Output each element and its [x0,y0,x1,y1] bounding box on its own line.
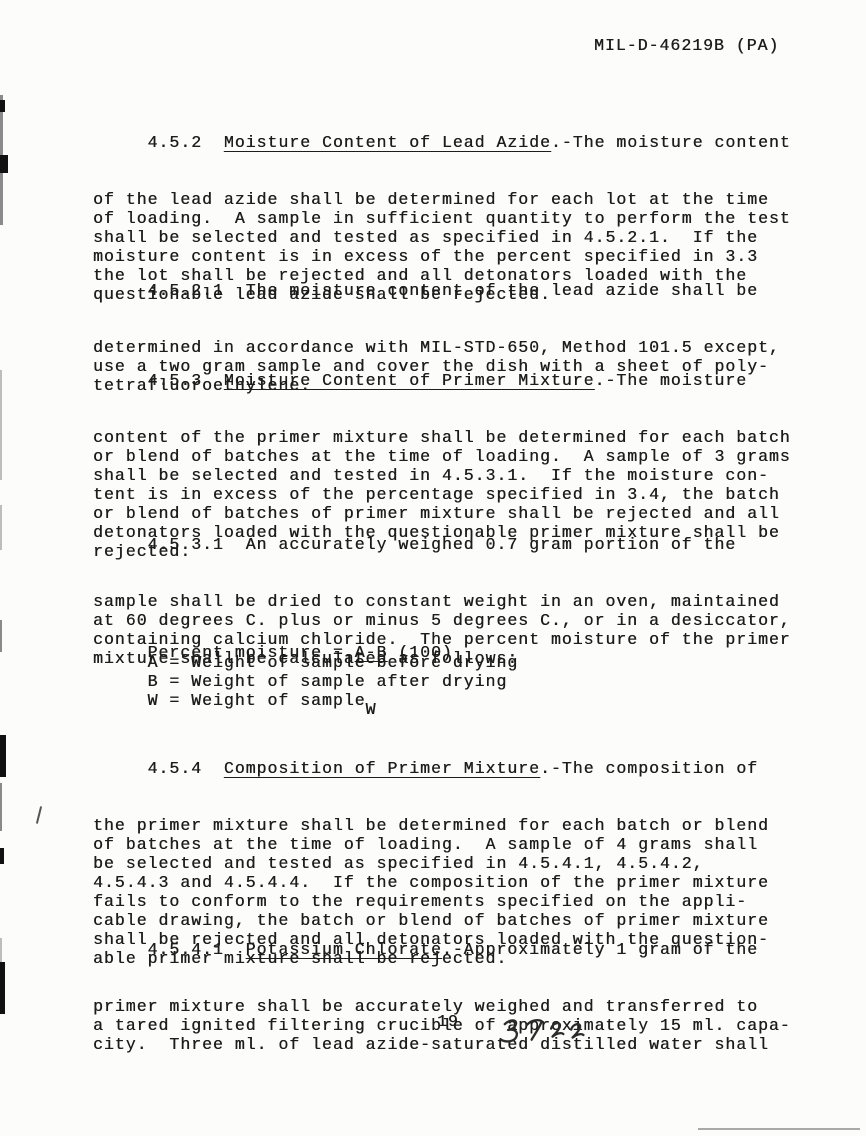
section-number: 4.5.4 [93,759,224,778]
scan-artifact [0,783,2,831]
section-number: 4.5.4.1 [93,940,246,959]
handwritten-digit-2 [571,1024,584,1038]
section-heading: Moisture Content of Primer Mixture [224,371,595,390]
scan-artifact [0,848,4,864]
section-heading: Composition of Primer Mixture [224,759,540,778]
section-heading-tail: .-The composition of [540,759,758,778]
page-number: 19 [437,1012,459,1031]
section-number: 4.5.3.1 An accurately weighed 0.7 gram p… [93,535,736,554]
section-number: 4.5.3 [93,371,224,390]
scan-artifact [0,735,6,777]
handwritten-mark-3722 [494,1002,596,1052]
scan-edge-line [698,1128,860,1130]
handwritten-digit-7 [527,1020,543,1040]
document-id-header: MIL-D-46219B (PA) [594,36,779,55]
section-first-line: 4.5.4.1 Potassium Chlorate.-Approximatel… [93,940,791,959]
scan-artifact [0,505,2,550]
section-heading-tail: .-The moisture content [551,133,791,152]
section-heading-tail: .-The moisture [594,371,747,390]
section-first-line: 4.5.3 Moisture Content of Primer Mixture… [93,371,791,390]
section-number: 4.5.2.1 The moisture content of the lead… [93,281,758,300]
scan-artifact [0,962,5,1014]
section-heading: Moisture Content of Lead Azide [224,133,551,152]
scan-artifact [0,155,8,173]
formula-definitions: A = Weight of sample before drying B = W… [93,653,518,710]
section-paragraph-4-5-4-1: 4.5.4.1 Potassium Chlorate.-Approximatel… [93,902,791,1092]
scan-artifact [0,100,5,112]
section-number: 4.5.2 [93,133,224,152]
scan-artifact [0,938,2,964]
handwritten-digit-2 [551,1023,564,1037]
scanned-page: MIL-D-46219B (PA) 4.5.2 Moisture Content… [0,0,866,1136]
section-first-line: 4.5.4 Composition of Primer Mixture.-The… [93,759,769,778]
handwritten-digit-3 [500,1020,518,1042]
scan-artifact [0,620,2,652]
section-first-line: 4.5.2 Moisture Content of Lead Azide.-Th… [93,133,791,152]
section-heading-tail: .-Approximately 1 gram of the [442,940,758,959]
stray-pen-mark [36,806,42,824]
scan-artifact [0,370,2,480]
section-first-line: 4.5.2.1 The moisture content of the lead… [93,281,780,300]
section-first-line: 4.5.3.1 An accurately weighed 0.7 gram p… [93,535,791,554]
section-heading: Potassium Chlorate [246,940,442,959]
